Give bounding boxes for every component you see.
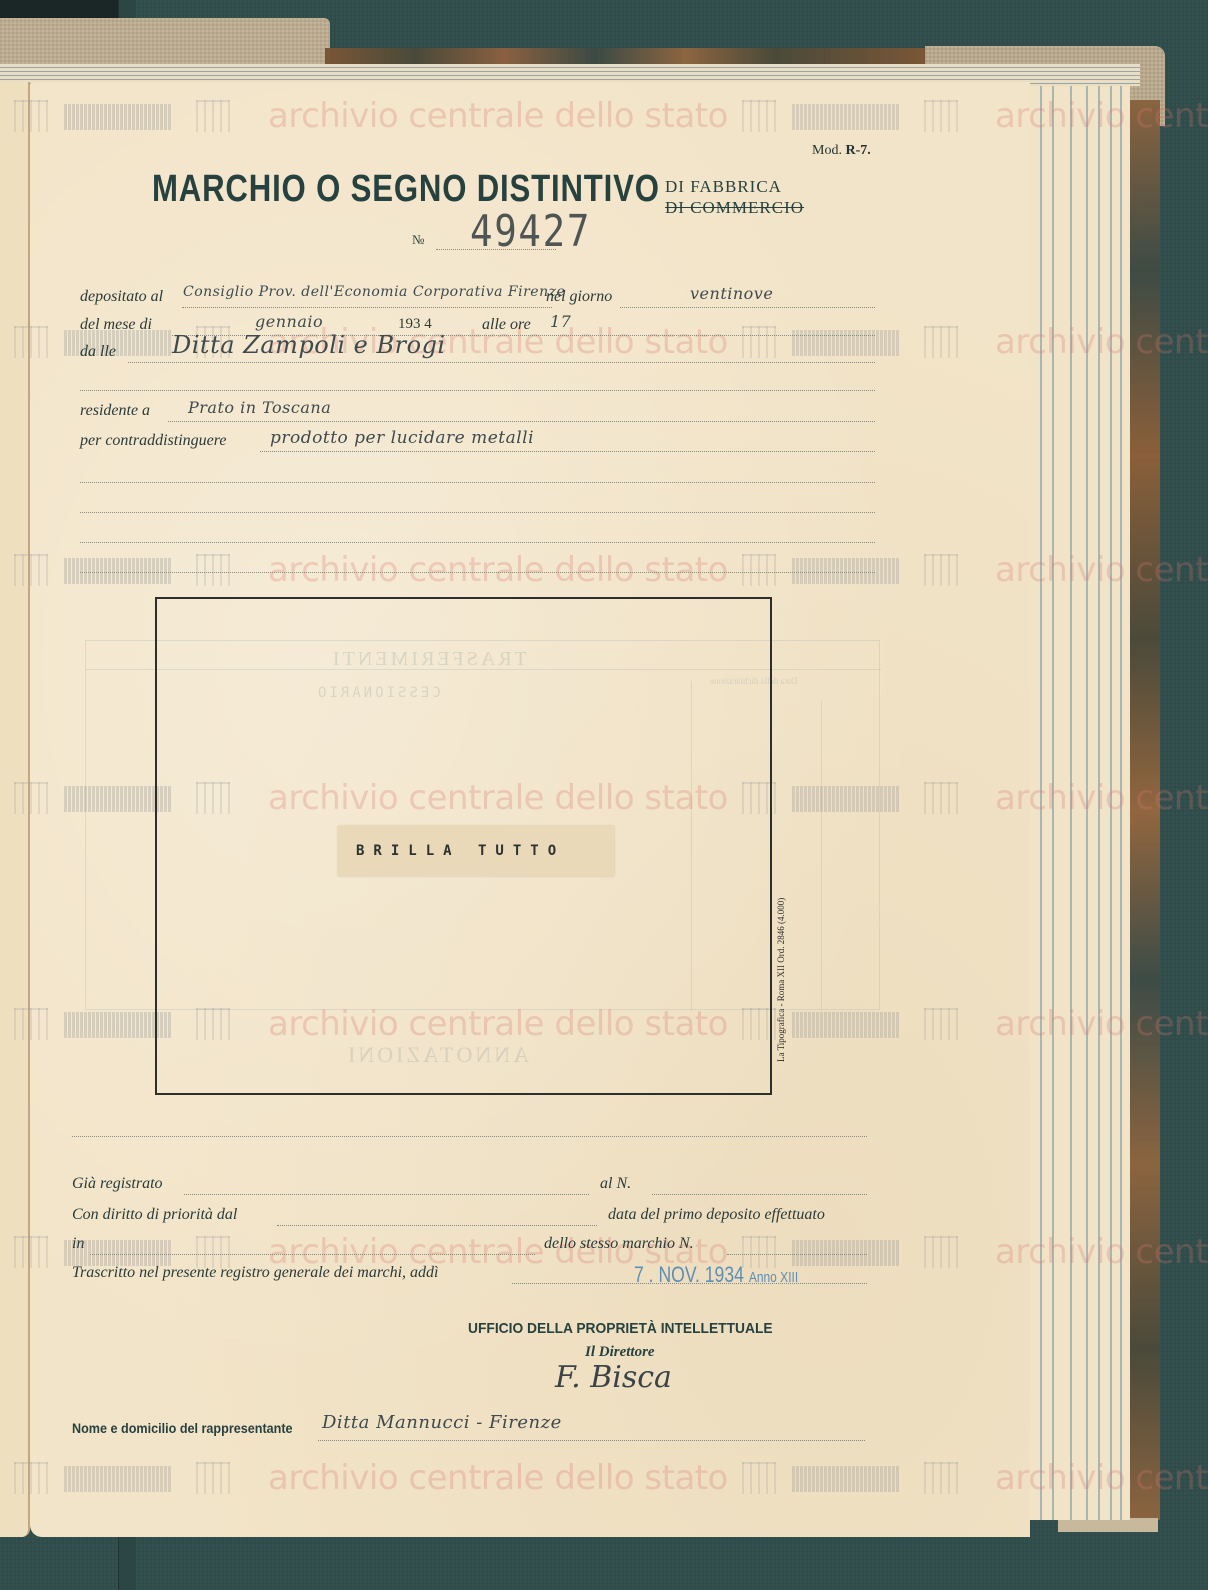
- row-depositato: depositato al Consiglio Prov. dell'Econo…: [80, 288, 875, 312]
- row-in: in dello stesso marchio N.: [72, 1235, 867, 1259]
- representative-value: Ditta Mannucci - Firenze: [322, 1412, 562, 1433]
- dotted-line: [168, 421, 875, 422]
- registration-number: 49427: [470, 206, 591, 257]
- dotted-line: [80, 482, 875, 483]
- dotted-line: [72, 1136, 867, 1137]
- priorita-label: Con diritto di priorità dal: [72, 1206, 237, 1224]
- linen-corner-bottom-right: [1058, 1518, 1158, 1532]
- da-value: Ditta Zampoli e Brogi: [172, 331, 446, 359]
- dotted-line: [652, 1194, 867, 1195]
- director-signature: F. Bisca: [555, 1360, 672, 1395]
- representative-label: Nome e domicilio del rappresentante: [72, 1420, 293, 1436]
- giorno-label: nel giorno: [546, 288, 612, 306]
- per-label: per contraddistinguere: [80, 432, 227, 450]
- in-label: in: [72, 1235, 84, 1253]
- dotted-line: [727, 1254, 867, 1255]
- row-per-contraddistinguere: per contraddistinguere prodotto per luci…: [80, 432, 875, 456]
- dotted-line: [80, 390, 875, 391]
- residente-value: Prato in Toscana: [188, 398, 331, 417]
- dotted-line: [90, 1254, 535, 1255]
- primo-deposito-label: data del primo deposito effettuato: [608, 1206, 825, 1224]
- residente-label: residente a: [80, 402, 150, 420]
- al-n-label: al N.: [600, 1175, 631, 1193]
- ore-label: alle ore: [482, 316, 531, 334]
- ore-value: 17: [550, 312, 571, 331]
- form-code-value: R-7.: [845, 143, 870, 158]
- depositato-value: Consiglio Prov. dell'Economia Corporativ…: [183, 284, 565, 300]
- trademark-text: BRILLA TUTTO: [356, 843, 565, 859]
- printer-note: La Tipografica - Roma XII Ord. 2846 (4.0…: [776, 898, 786, 1062]
- mese-label: del mese di: [80, 316, 152, 334]
- dotted-line: [184, 1194, 589, 1195]
- director-label: Il Direttore: [585, 1344, 655, 1361]
- document-title: MARCHIO O SEGNO DISTINTIVO: [152, 168, 660, 211]
- row-da: da lle Ditta Zampoli e Brogi: [80, 343, 875, 367]
- marbled-edge-right: [1128, 100, 1160, 1520]
- dotted-line: [80, 542, 875, 543]
- dotted-line: [80, 512, 875, 513]
- date-stamp: 7 . NOV. 1934 Anno XIII: [634, 1262, 798, 1288]
- per-value: prodotto per lucidare metalli: [270, 428, 534, 448]
- stamp-date: 7 . NOV. 1934: [634, 1262, 744, 1287]
- row-priorita: Con diritto di priorità dal data del pri…: [72, 1206, 867, 1230]
- number-label: №: [412, 232, 424, 248]
- gia-registrato-label: Già registrato: [72, 1175, 163, 1193]
- left-page-edge: [0, 82, 30, 1537]
- da-label: da lle: [80, 343, 116, 361]
- trascritto-label: Trascritto nel presente registro general…: [72, 1264, 438, 1282]
- dotted-line: [128, 362, 875, 363]
- subtitle-fabbrica: DI FABBRICA: [665, 176, 804, 197]
- depositato-label: depositato al: [80, 288, 163, 306]
- dotted-line: [277, 1225, 597, 1226]
- dotted-line: [80, 572, 875, 573]
- office-name: UFFICIO DELLA PROPRIETÀ INTELLETTUALE: [468, 1320, 773, 1337]
- dotted-line: [182, 307, 552, 308]
- giorno-value: ventinove: [690, 284, 773, 303]
- stamp-era: Anno XIII: [749, 1269, 798, 1286]
- form-code: Mod. R-7.: [812, 143, 871, 159]
- dotted-line: [260, 451, 875, 452]
- form-code-prefix: Mod.: [812, 143, 842, 158]
- mese-value: gennaio: [255, 312, 323, 331]
- subtitle-commercio-struck: DI COMMERCIO: [665, 197, 804, 218]
- row-residente: residente a Prato in Toscana: [80, 402, 875, 426]
- document-subtitle: DI FABBRICA DI COMMERCIO: [665, 176, 804, 218]
- stesso-marchio-label: dello stesso marchio N.: [544, 1235, 694, 1253]
- dotted-line: [620, 307, 875, 308]
- row-gia-registrato: Già registrato al N.: [72, 1175, 867, 1199]
- dotted-line: [318, 1440, 865, 1441]
